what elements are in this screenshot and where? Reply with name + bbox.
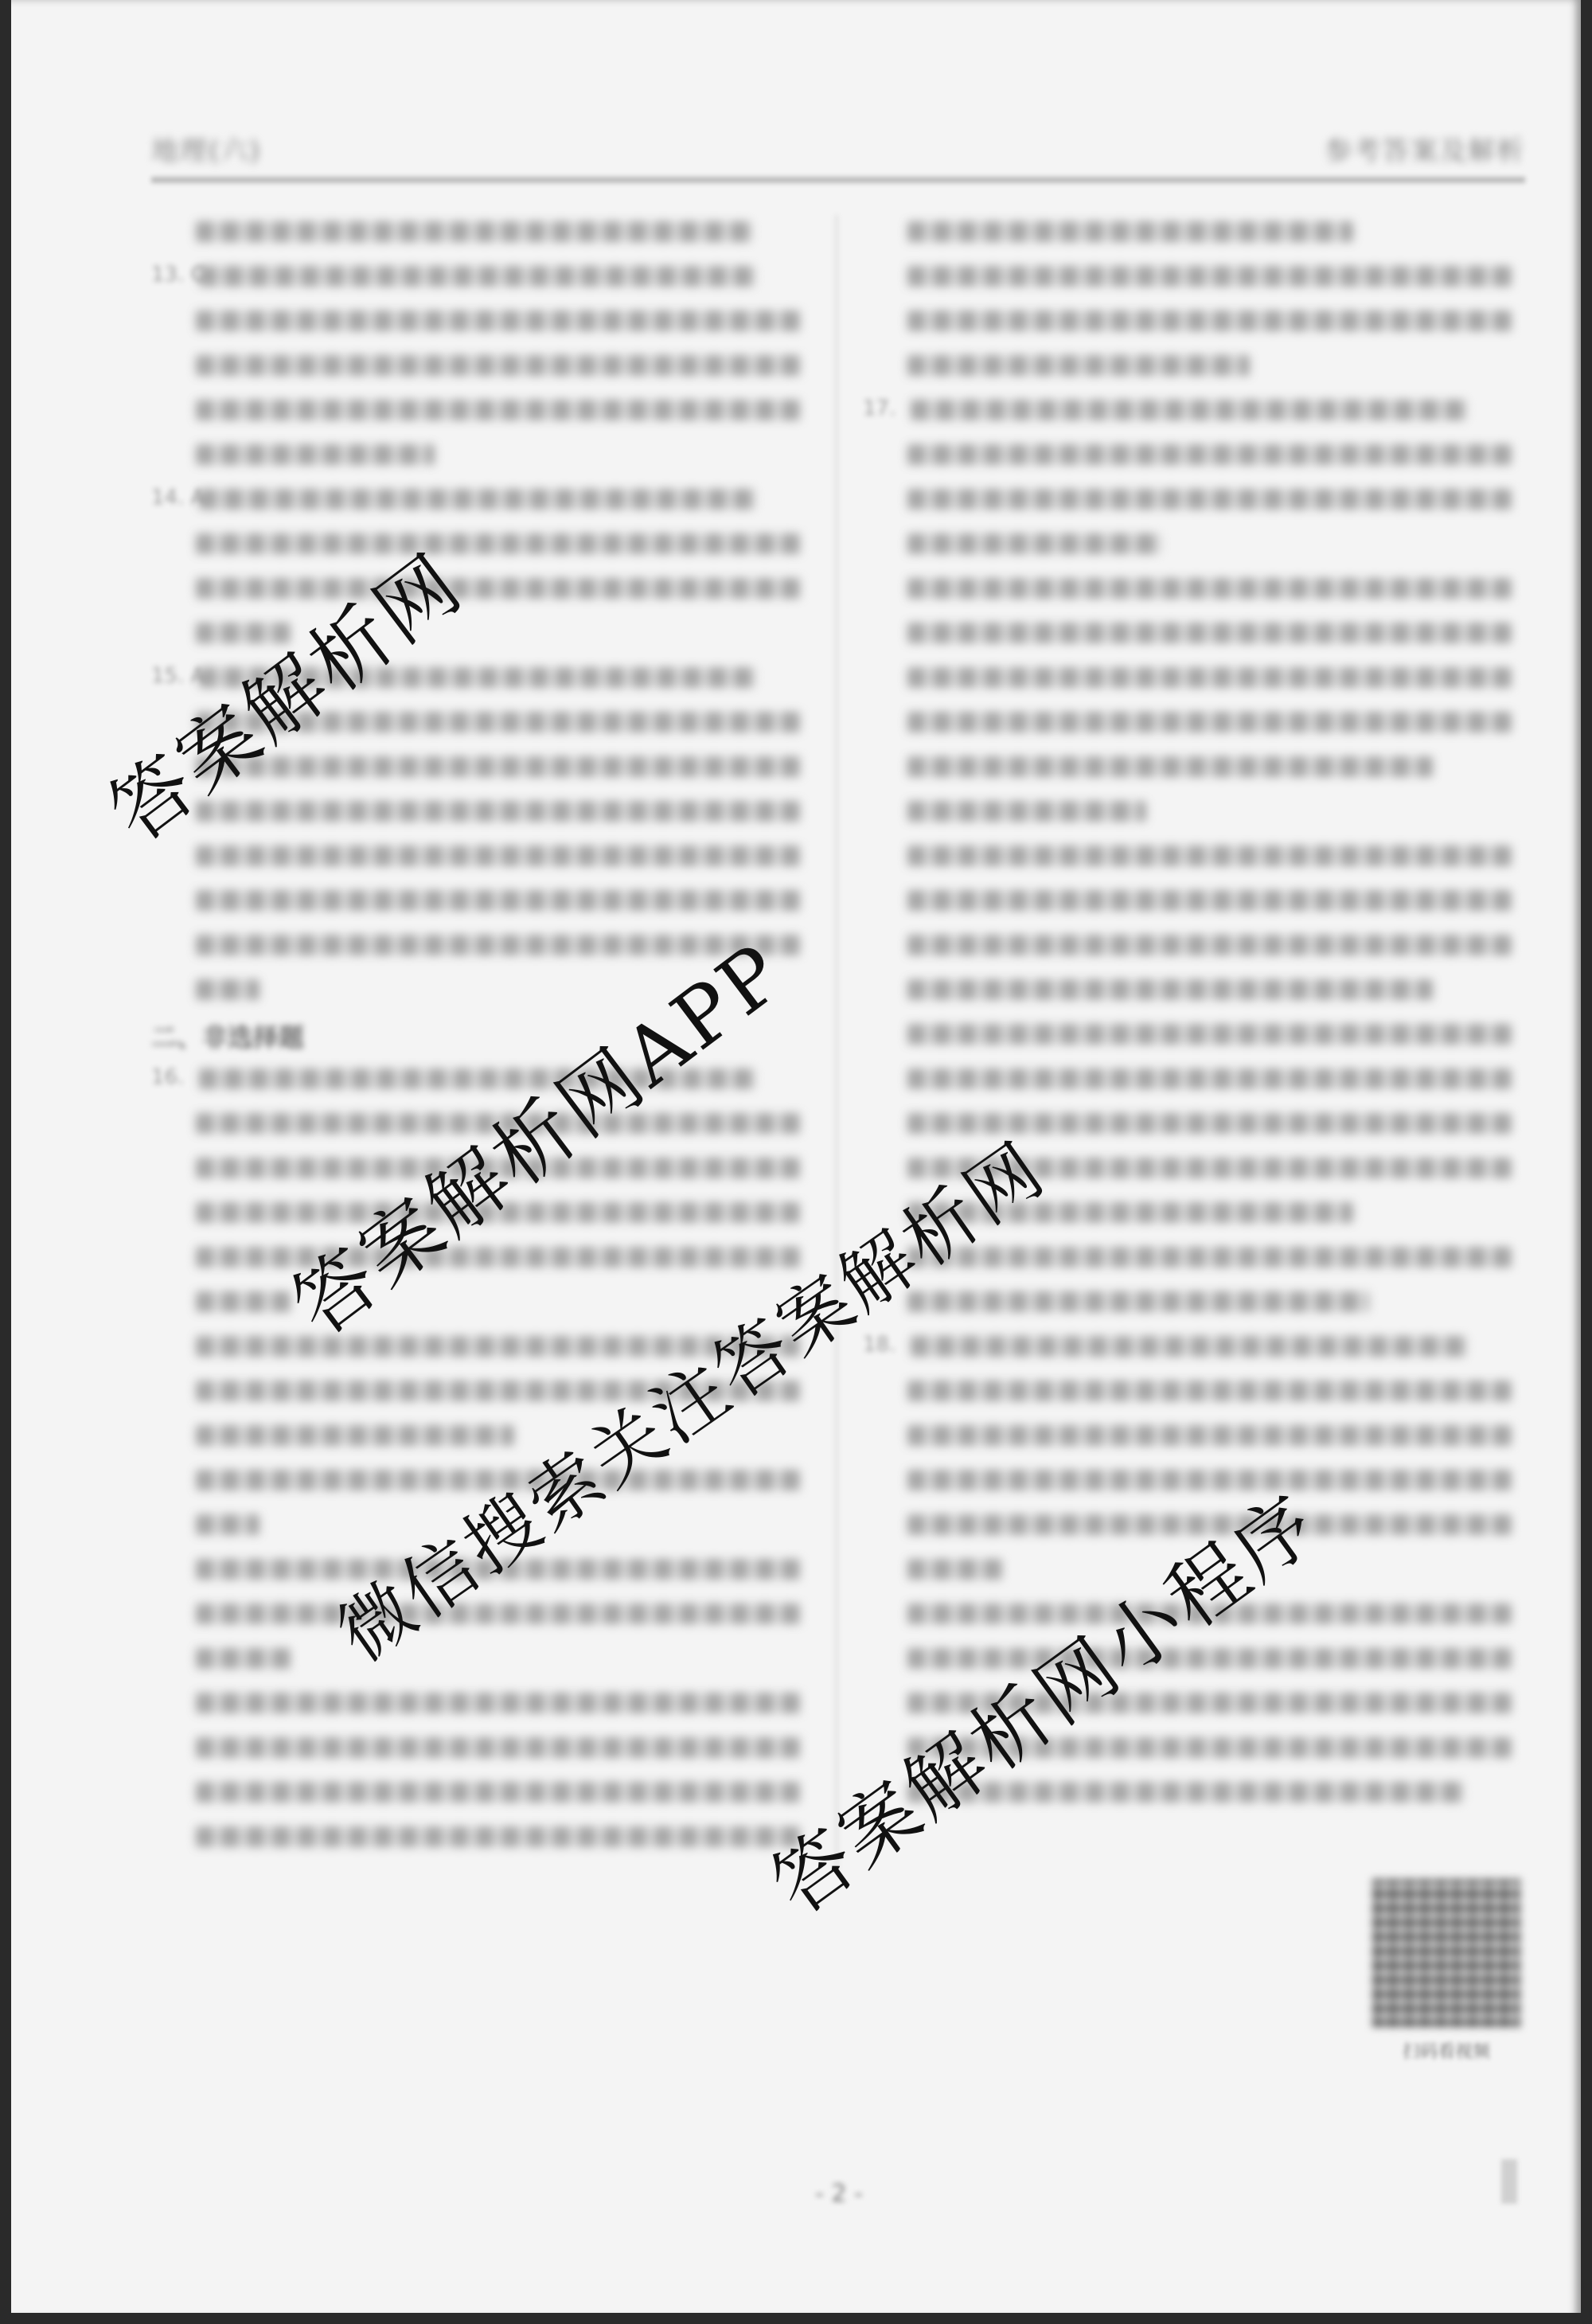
- qr-caption: 扫码看视频: [1382, 2038, 1511, 2063]
- text-line: [863, 967, 1524, 1011]
- text-line: [863, 610, 1524, 654]
- text-line: [151, 788, 812, 833]
- page-number: - 2 -: [799, 2180, 879, 2208]
- question-number: 16.: [151, 1065, 184, 1089]
- text-line: [151, 833, 812, 877]
- text-line: [863, 253, 1524, 298]
- blurred-text: [196, 1648, 291, 1669]
- text-line: [863, 565, 1524, 610]
- blurred-text: [907, 801, 1146, 822]
- text-line: [151, 1680, 812, 1724]
- blurred-text: [907, 756, 1433, 777]
- blurred-text: [907, 489, 1512, 510]
- blurred-text: [907, 1381, 1512, 1401]
- blurred-text: [911, 400, 1468, 420]
- column-divider: [835, 215, 838, 1871]
- blurred-text: [196, 1514, 259, 1535]
- text-line: [863, 1457, 1524, 1502]
- blurred-text: [196, 1291, 291, 1312]
- text-line: 17.: [863, 387, 1524, 432]
- blurred-text: [196, 444, 435, 465]
- text-line: [863, 1056, 1524, 1100]
- blurred-text: [196, 400, 801, 420]
- blurred-text: [199, 489, 756, 510]
- text-line: [863, 833, 1524, 877]
- text-line: [151, 209, 812, 253]
- text-line: [863, 1011, 1524, 1056]
- blurred-text: [907, 979, 1433, 1000]
- text-line: [151, 432, 812, 476]
- blurred-text: [196, 311, 801, 331]
- text-line: 13. C: [151, 253, 812, 298]
- text-line: [863, 209, 1524, 253]
- text-line: [863, 654, 1524, 699]
- blurred-text: [196, 578, 801, 599]
- blurred-text: [907, 355, 1250, 376]
- blurred-text: [196, 1826, 801, 1847]
- blurred-text: [907, 623, 1512, 643]
- text-line: [151, 877, 812, 922]
- blurred-text: [907, 533, 1162, 554]
- question-number: 17.: [863, 396, 895, 420]
- section-heading: 二、非选择题: [151, 1017, 304, 1054]
- blurred-text: [907, 221, 1353, 242]
- blurred-text: [907, 1068, 1512, 1089]
- text-line: [863, 744, 1524, 788]
- question-number: 14. A: [151, 486, 205, 510]
- blurred-text: [907, 1425, 1512, 1446]
- blurred-text: [196, 979, 259, 1000]
- text-line: [151, 565, 812, 610]
- blurred-text: [907, 1024, 1512, 1045]
- text-line: [151, 1724, 812, 1769]
- blurred-text: [907, 578, 1512, 599]
- question-number: 13. C: [151, 263, 205, 287]
- blurred-text: [196, 801, 801, 822]
- text-line: [151, 1769, 812, 1814]
- text-line: [863, 1368, 1524, 1412]
- text-line: [151, 521, 812, 565]
- page-header: 地理(六) 参考答案及解析: [151, 118, 1525, 182]
- blurred-text: [199, 266, 756, 287]
- blurred-text: [907, 846, 1512, 866]
- document-page: 地理(六) 参考答案及解析 13. C14. A15. A二、非选择题16. 1…: [11, 0, 1581, 2313]
- header-rule: [151, 177, 1525, 183]
- blurred-text: [907, 266, 1512, 287]
- blurred-text: [196, 1603, 801, 1624]
- text-line: [151, 298, 812, 342]
- text-line: [863, 788, 1524, 833]
- blurred-text: [196, 355, 801, 376]
- text-line: 18.: [863, 1323, 1524, 1368]
- blurred-text: [907, 1559, 1003, 1580]
- blurred-text: [907, 1247, 1512, 1267]
- text-line: [151, 1635, 812, 1680]
- text-line: [863, 922, 1524, 967]
- header-subject: 地理(六): [151, 129, 262, 168]
- text-line: 14. A: [151, 476, 812, 521]
- text-line: [151, 387, 812, 432]
- blurred-text: [196, 890, 801, 911]
- qr-code: [1372, 1879, 1520, 2027]
- text-line: [863, 1279, 1524, 1323]
- blurred-text: [196, 221, 753, 242]
- text-line: [863, 699, 1524, 744]
- blurred-text: [907, 1291, 1369, 1312]
- text-line: [863, 877, 1524, 922]
- blurred-text: [907, 712, 1512, 732]
- text-line: [863, 521, 1524, 565]
- blurred-text: [196, 1737, 801, 1758]
- blurred-text: [907, 667, 1512, 688]
- blurred-text: [907, 444, 1512, 465]
- blurred-text: [911, 1336, 1468, 1357]
- blurred-text: [907, 935, 1512, 955]
- blurred-text: [907, 311, 1512, 331]
- text-line: [863, 342, 1524, 387]
- blurred-text: [907, 890, 1512, 911]
- blurred-text: [907, 1470, 1512, 1490]
- text-line: [863, 476, 1524, 521]
- blurred-text: [196, 1782, 801, 1803]
- header-title: 参考答案及解析: [1325, 129, 1525, 168]
- blurred-text: [196, 533, 801, 554]
- blurred-text: [196, 1693, 801, 1713]
- text-line: [863, 298, 1524, 342]
- question-number: 18.: [863, 1333, 895, 1357]
- text-line: [863, 1100, 1524, 1145]
- blurred-text: [196, 1425, 514, 1446]
- text-line: [151, 342, 812, 387]
- text-line: [863, 1412, 1524, 1457]
- corner-mark: [1501, 2159, 1517, 2204]
- text-line: [863, 432, 1524, 476]
- blurred-text: [196, 846, 801, 866]
- text-line: [151, 1814, 812, 1858]
